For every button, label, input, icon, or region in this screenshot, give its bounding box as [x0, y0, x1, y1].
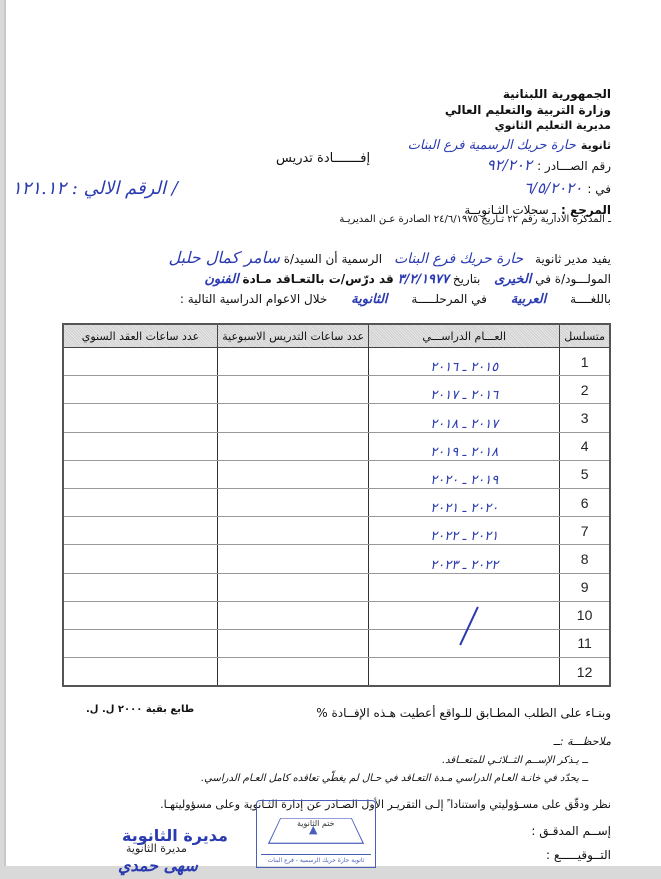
notes-label: ملاحظـــة :ــ — [554, 735, 612, 748]
annual-cell — [63, 517, 218, 545]
table-row: 10 — [63, 601, 610, 629]
subject: الفنون — [204, 272, 238, 287]
table-row: 11 — [63, 629, 610, 657]
year-cell — [369, 573, 560, 601]
body-school-handwritten: حارة حريك فرع البنات — [394, 251, 523, 267]
birth-date: ٣/٢/١٩٧٧ — [398, 272, 449, 287]
year-cell: ٢٠١٧ ـ ٢٠١٨ — [369, 404, 560, 432]
table-row: 2٢٠١٦ ـ ٢٠١٧ — [63, 376, 610, 404]
header-academic-year: العـــام الدراســـي — [369, 324, 560, 348]
school-stamp: ختم الثانوية ▲ ثانوية حارة حريك الرسمية … — [256, 800, 376, 868]
document-title: إفـــــــادة تدريس — [276, 151, 370, 166]
annual-cell — [63, 404, 218, 432]
serial-cell: 11 — [560, 629, 610, 657]
serial-cell: 12 — [560, 658, 610, 687]
annual-cell — [63, 432, 218, 460]
body-prefix: يفيد مدير ثانوية — [535, 252, 611, 266]
issue-number-label: رقم الصـــادر : — [537, 159, 611, 173]
annual-cell — [63, 629, 218, 657]
stamp-bottom-text: ثانوية حارة حريك الرسمية - فرع البنات — [261, 854, 371, 864]
serial-cell: 4 — [560, 432, 610, 460]
table-row: 7٢٠٢١ ـ ٢٠٢٢ — [63, 517, 610, 545]
serial-cell: 10 — [560, 601, 610, 629]
document-page: الجمهورية اللبنانية وزارة التربية والتعل… — [4, 0, 661, 866]
language: العربية — [511, 292, 547, 307]
issue-date: ٦/٥/٢٠٢٠ — [524, 179, 582, 197]
statement: وبنـاء على الطلب المطـابق للـواقع أعطيت … — [316, 706, 611, 720]
taught-label: قد درّس/ت بالتعـاقد مـادة — [243, 272, 394, 286]
table-row: 8٢٠٢٢ ـ ٢٠٢٣ — [63, 545, 610, 573]
header-annual-hours: عدد ساعات العقد السنوي — [63, 324, 218, 348]
year-cell — [369, 658, 560, 687]
serial-cell: 3 — [560, 404, 610, 432]
table-row: 12 — [63, 658, 610, 687]
header-serial: متسلسل — [560, 324, 610, 348]
weekly-cell — [218, 404, 369, 432]
language-label: باللغــــة — [570, 292, 611, 306]
weekly-cell — [218, 658, 369, 687]
weekly-cell — [218, 601, 369, 629]
year-cell: ٢٠١٩ ـ ٢٠٢٠ — [369, 460, 560, 488]
birth-place: الخيرى — [494, 272, 531, 287]
body-line-3: باللغــــة العربية في المرحلـــــة الثان… — [180, 292, 611, 307]
weekly-cell — [218, 517, 369, 545]
weekly-cell — [218, 573, 369, 601]
table-row: 4٢٠١٨ ـ ٢٠١٩ — [63, 432, 610, 460]
weekly-cell — [218, 432, 369, 460]
year-cell: ٢٠١٥ ـ ٢٠١٦ — [369, 348, 560, 376]
fiscal-stamp-note: طابع بقية ٢٠٠٠ ل. ل. — [86, 704, 194, 715]
country-name: الجمهورية اللبنانية — [503, 87, 611, 101]
weekly-cell — [218, 348, 369, 376]
school-line: ثانوية حارة حريك الرسمية فرع البنات — [408, 134, 611, 153]
auditor-name-label: إســم المدقـق : — [531, 824, 611, 838]
body-suffix: الرسمية أن السيد/ة — [284, 252, 382, 266]
teaching-years-table: متسلسل العـــام الدراســـي عدد ساعات الت… — [62, 323, 611, 687]
birth-date-label: بتاريخ — [453, 272, 481, 286]
weekly-cell — [218, 545, 369, 573]
years-intro: خلال الاعوام الدراسية التالية : — [180, 292, 327, 306]
year-cell: ٢٠٢٠ ـ ٢٠٢١ — [369, 488, 560, 516]
director-signature: سهى حمدي — [118, 856, 198, 875]
note-2: ــ يحدّد في خانـة العـام الدراسي مـدة ال… — [201, 773, 588, 784]
serial-cell: 5 — [560, 460, 610, 488]
year-cell: ٢٠١٨ ـ ٢٠١٩ — [369, 432, 560, 460]
table-row: 9 — [63, 573, 610, 601]
stage-label: في المرحلـــــة — [411, 292, 487, 306]
year-cell: ٢٠٢٢ ـ ٢٠٢٣ — [369, 545, 560, 573]
table-row: 5٢٠١٩ ـ ٢٠٢٠ — [63, 460, 610, 488]
annual-cell — [63, 460, 218, 488]
teacher-name: سامر كمال حلبل — [169, 248, 280, 267]
year-cell — [369, 601, 560, 629]
header-weekly-hours: عدد ساعات التدريس الاسبوعية — [218, 324, 369, 348]
weekly-cell — [218, 488, 369, 516]
directorate-name: مديرية التعليم الثانوي — [495, 119, 611, 132]
annual-cell — [63, 545, 218, 573]
body-line-2: المولـــود/ة في الخيرى بتاريخ ٣/٢/١٩٧٧ ق… — [204, 272, 611, 287]
cedar-icon: ▲ — [309, 823, 317, 836]
table-row: 6٢٠٢٠ ـ ٢٠٢١ — [63, 488, 610, 516]
serial-cell: 6 — [560, 488, 610, 516]
serial-cell: 1 — [560, 348, 610, 376]
date-line: في : ٦/٥/٢٠٢٠ — [524, 178, 611, 197]
year-cell: ٢٠٢١ ـ ٢٠٢٢ — [369, 517, 560, 545]
school-name-handwritten: حارة حريك الرسمية فرع البنات — [408, 138, 576, 153]
weekly-cell — [218, 376, 369, 404]
signature-label: التــوقيـــــع : — [546, 848, 611, 862]
annual-cell — [63, 348, 218, 376]
note-1: ــ يـذكر الإســم الثــلاثـي للمتعــاقد. — [442, 755, 588, 766]
annual-cell — [63, 658, 218, 687]
school-label: ثانوية — [581, 139, 611, 152]
annual-cell — [63, 376, 218, 404]
stage: الثانوية — [351, 292, 387, 307]
annual-cell — [63, 573, 218, 601]
birth-place-label: المولـــود/ة في — [535, 272, 611, 286]
issue-number: ٩٢/٢٠٢ — [487, 156, 532, 174]
annual-cell — [63, 601, 218, 629]
weekly-cell — [218, 460, 369, 488]
serial-cell: 8 — [560, 545, 610, 573]
issue-number-line: رقم الصـــادر : ٩٢/٢٠٢ — [487, 155, 611, 174]
verification-statement: نظر ودقّق على مسـؤوليتي واستنادا ً إلـى … — [160, 798, 611, 811]
memo-reference: ـ المذكرة الادارية رقم ٢٢ تـاريخ ٢٤/٦/١٩… — [339, 214, 611, 225]
table-row: 1٢٠١٥ ـ ٢٠١٦ — [63, 348, 610, 376]
table-header-row: متسلسل العـــام الدراســـي عدد ساعات الت… — [63, 324, 610, 348]
director-label: مديرة الثانوية — [126, 842, 187, 855]
table-row: 3٢٠١٧ ـ ٢٠١٨ — [63, 404, 610, 432]
serial-cell: 2 — [560, 376, 610, 404]
annual-cell — [63, 488, 218, 516]
weekly-cell — [218, 629, 369, 657]
serial-cell: 7 — [560, 517, 610, 545]
ministry-name: وزارة التربية والتعليم العالي — [445, 103, 611, 117]
serial-cell: 9 — [560, 573, 610, 601]
year-cell: ٢٠١٦ ـ ٢٠١٧ — [369, 376, 560, 404]
body-line-1: يفيد مدير ثانوية حارة حريك فرع البنات ال… — [169, 248, 611, 267]
handwritten-auto-number: / الرقم الالي : ١٢١.١٢ — [12, 178, 178, 199]
date-label: في : — [587, 182, 611, 196]
